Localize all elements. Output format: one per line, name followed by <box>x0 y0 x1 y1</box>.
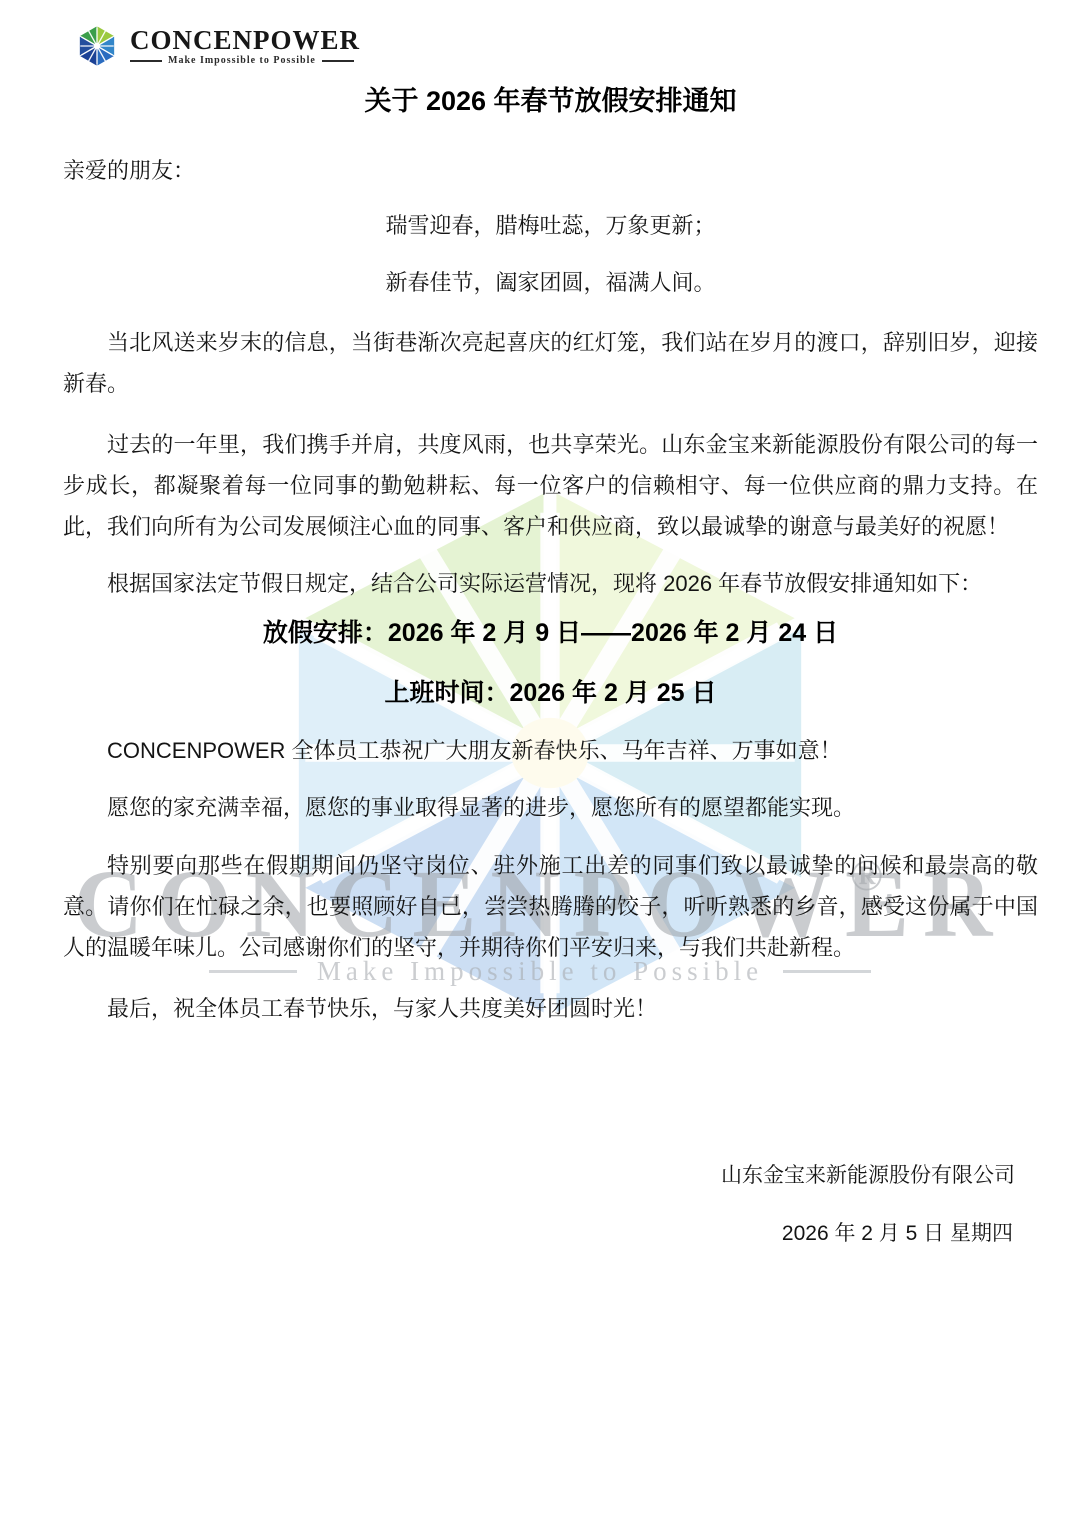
paragraph-thanks: 过去的一年里，我们携手并肩，共度风雨，也共享荣光。山东金宝来新能源股份有限公司的… <box>63 424 1038 547</box>
paragraph-tribute: 特别要向那些在假期期间仍坚守岗位、驻外施工出差的同事们致以最诚挚的问候和最崇高的… <box>63 845 1038 968</box>
paragraph-final: 最后，祝全体员工春节快乐，与家人共度美好团圆时光！ <box>63 988 1038 1029</box>
logo-name: CONCENPOWER <box>130 26 360 54</box>
logo-tagline: Make Impossible to Possible <box>130 55 360 66</box>
paragraph-opening: 当北风送来岁末的信息，当街巷渐次亮起喜庆的红灯笼，我们站在岁月的渡口，辞别旧岁，… <box>63 322 1038 404</box>
couplet-line-2: 新春佳节，阖家团圆，福满人间。 <box>63 262 1038 303</box>
logo-hexagon-icon <box>74 24 120 68</box>
paragraph-policy: 根据国家法定节假日规定，结合公司实际运营情况，现将 2026 年春节放假安排通知… <box>63 563 1038 604</box>
holiday-schedule: 放假安排：2026 年 2 月 9 日——2026 年 2 月 24 日 <box>63 613 1038 654</box>
company-logo: CONCENPOWER Make Impossible to Possible <box>74 24 360 68</box>
logo-text-block: CONCENPOWER Make Impossible to Possible <box>130 26 360 66</box>
logo-dash-left <box>130 60 162 62</box>
couplet-line-1: 瑞雪迎春，腊梅吐蕊，万象更新； <box>63 205 1038 246</box>
signature-company: 山东金宝来新能源股份有限公司 <box>63 1155 1038 1196</box>
notice-content: 关于 2026 年春节放假安排通知 亲爱的朋友： 瑞雪迎春，腊梅吐蕊，万象更新；… <box>0 85 1080 1254</box>
notice-page: CONCENPOWER ® Make Impossible to Possibl… <box>0 0 1080 1523</box>
logo-tagline-text: Make Impossible to Possible <box>168 55 316 66</box>
page-title: 关于 2026 年春节放假安排通知 <box>63 85 1038 118</box>
signature-date: 2026 年 2 月 5 日 星期四 <box>63 1213 1038 1254</box>
back-to-work-schedule: 上班时间：2026 年 2 月 25 日 <box>63 673 1038 714</box>
paragraph-wishes: 愿您的家充满幸福，愿您的事业取得显著的进步，愿您所有的愿望都能实现。 <box>63 787 1038 828</box>
salutation: 亲爱的朋友： <box>63 150 1038 191</box>
logo-dash-right <box>322 60 354 62</box>
paragraph-greeting: CONCENPOWER 全体员工恭祝广大朋友新春快乐、马年吉祥、万事如意！ <box>63 730 1038 771</box>
